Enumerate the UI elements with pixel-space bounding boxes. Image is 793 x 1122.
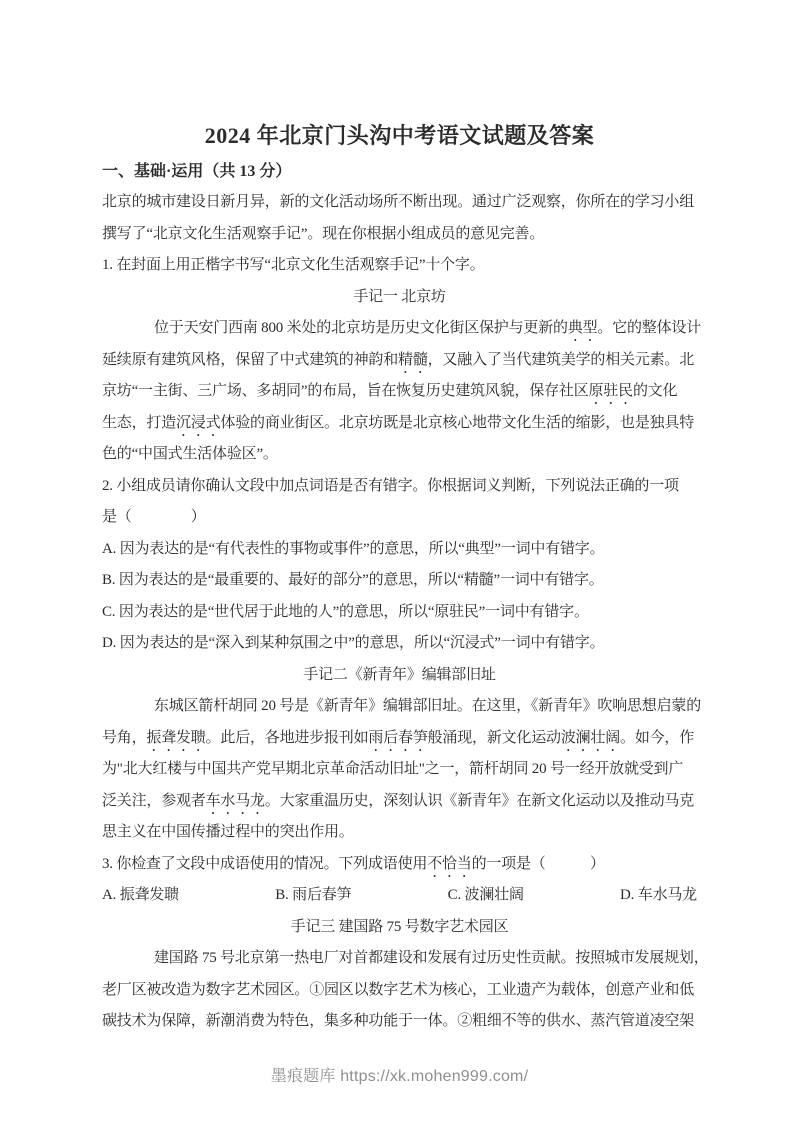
note3-para-line-1: 建国路 75 号北京第一热电厂对首都建设和发展有过历史性贡献。按照城市发展规划， [102,943,697,975]
question-2-option-b: B. 因为表达的是“最重要的、最好的部分”的意思，所以“精髓”一词中有错字。 [102,565,697,597]
emphasized-word: 振聋发聩 [146,730,205,746]
text-segment: 。如今，作 [620,730,694,746]
note3-caption: 手记三 建国路 75 号数字艺术园区 [102,912,697,944]
question-2-option-a: A. 因为表达的是“有代表性的事物或事件”的意思，所以“典型”一词中有错字。 [102,534,697,566]
question-3-options-row: A. 振聋发聩 B. 雨后春笋 C. 波澜壮阔 D. 车水马龙 [102,880,697,912]
question-2-line-2: 是（ ） [102,502,697,534]
text-segment: 。它的整体设计 [597,320,701,336]
note3-para-line-2: 老厂区被改造为数字艺术园区。①园区以数字艺术为核心，工业遗产为载体，创意产业和低 [102,975,697,1007]
text-segment: 3. 你检查了文段中成语使用的情况。下列成语使用 [102,856,427,872]
text-segment: 京坊“一主街、三广场、多胡同”的布局，旨在恢复历史建筑风貌，保存社区 [102,383,589,399]
question-2-line-1: 2. 小组成员请你确认文段中加点词语是否有错字。你根据词义判断，下列说法正确的一… [102,471,697,503]
emphasized-word: 雨后春笋 [368,730,427,746]
text-segment: 号角， [102,730,146,746]
intro-line-2: 撰写了“北京文化生活观察手记”。现在你根据小组成员的意见完善。 [102,219,697,251]
question-3-option-b: B. 雨后春笋 [275,880,351,912]
emphasized-word: 不恰当 [427,856,471,872]
emphasized-word: 精髓 [398,352,428,368]
note3-para-line-3: 碳技术为保障，新潮消费为特色，集多种功能于一体。②粗细不等的供水、蒸汽管道凌空架 [102,1006,697,1038]
emphasized-word: 车水马龙 [206,793,265,809]
note2-para-line-5: 思主义在中国传播过程中的突出作用。 [102,817,697,849]
question-3-option-d: D. 车水马龙 [620,880,697,912]
note1-para-line-3: 京坊“一主街、三广场、多胡同”的布局，旨在恢复历史建筑风貌，保存社区原驻民的文化 [102,376,697,408]
emphasized-word: 波澜壮阔 [561,730,620,746]
section-heading: 一、基础·运用（共 13 分） [102,157,697,187]
note1-para-line-1: 位于天安门西南 800 米处的北京坊是历史文化街区保护与更新的典型。它的整体设计 [102,313,697,345]
note1-para-line-2: 延续原有建筑风格，保留了中式建筑的神韵和精髓，又融入了当代建筑美学的相关元素。北 [102,345,697,377]
site-watermark: 墨痕题库 https://xk.mohen999.com/ [102,1066,697,1088]
emphasized-word: 典型 [568,320,598,336]
note2-para-line-4: 泛关注，参观者车水马龙。大家重温历史，深刻认识《新青年》在新文化运动以及推动马克 [102,786,697,818]
note2-para-line-2: 号角，振聋发聩。此后，各地进步报刊如雨后春笋般涌现，新文化运动波澜壮阔。如今，作 [102,723,697,755]
intro-line-1: 北京的城市建设日新月异，新的文化活动场所不断出现。通过广泛观察，你所在的学习小组 [102,187,697,219]
document-body: 北京的城市建设日新月异，新的文化活动场所不断出现。通过广泛观察，你所在的学习小组… [102,187,697,1038]
note2-para-line-3: 为"北大红楼与中国共产党早期北京革命活动旧址"之一，箭杆胡同 20 号一经开放就… [102,754,697,786]
page-title: 2024 年北京门头沟中考语文试题及答案 [102,121,697,151]
text-segment: 延续原有建筑风格，保留了中式建筑的神韵和 [102,352,398,368]
note2-para-line-1: 东城区箭杆胡同 20 号是《新青年》编辑部旧址。在这里，《新青年》吹响思想启蒙的 [102,691,697,723]
text-segment: 。此后，各地进步报刊如 [206,730,369,746]
text-segment: 体验的商业街区。北京坊既是北京核心地带文化生活的缩影，也是独具特 [220,415,694,431]
note1-para-line-5: 色的“中国式生活体验区”。 [102,439,697,471]
text-segment: 泛关注，参观者 [102,793,206,809]
exam-paper-page: 2024 年北京门头沟中考语文试题及答案 一、基础·运用（共 13 分） 北京的… [0,0,793,1122]
question-3: 3. 你检查了文段中成语使用的情况。下列成语使用不恰当的一项是（ ） [102,849,697,881]
question-2-option-d: D. 因为表达的是“深入到某种氛围之中”的意思，所以“沉浸式”一词中有错字。 [102,628,697,660]
question-3-option-a: A. 振聋发聩 [102,880,179,912]
emphasized-word: 原驻民 [589,383,633,399]
text-segment: ，又融入了当代建筑美学的相关元素。北 [428,352,694,368]
question-2-option-c: C. 因为表达的是“世代居于此地的人”的意思，所以“原驻民”一词中有错字。 [102,597,697,629]
text-segment: 位于天安门西南 800 米处的北京坊是历史文化街区保护与更新的 [154,320,568,336]
text-segment: 。大家重温历史，深刻认识《新青年》在新文化运动以及推动马克 [265,793,694,809]
question-1: 1. 在封面上用正楷字书写“北京文化生活观察手记”十个字。 [102,250,697,282]
question-3-option-c: C. 波澜壮阔 [448,880,524,912]
note1-caption: 手记一 北京坊 [102,282,697,314]
text-segment: 般涌现，新文化运动 [428,730,561,746]
text-segment: 生态，打造 [102,415,176,431]
note1-para-line-4: 生态，打造沉浸式体验的商业街区。北京坊既是北京核心地带文化生活的缩影，也是独具特 [102,408,697,440]
text-segment: 的文化 [633,383,677,399]
text-segment: 的一项是（ ） [472,856,605,872]
note2-caption: 手记二《新青年》编辑部旧址 [102,660,697,692]
emphasized-word: 沉浸式 [176,415,220,431]
